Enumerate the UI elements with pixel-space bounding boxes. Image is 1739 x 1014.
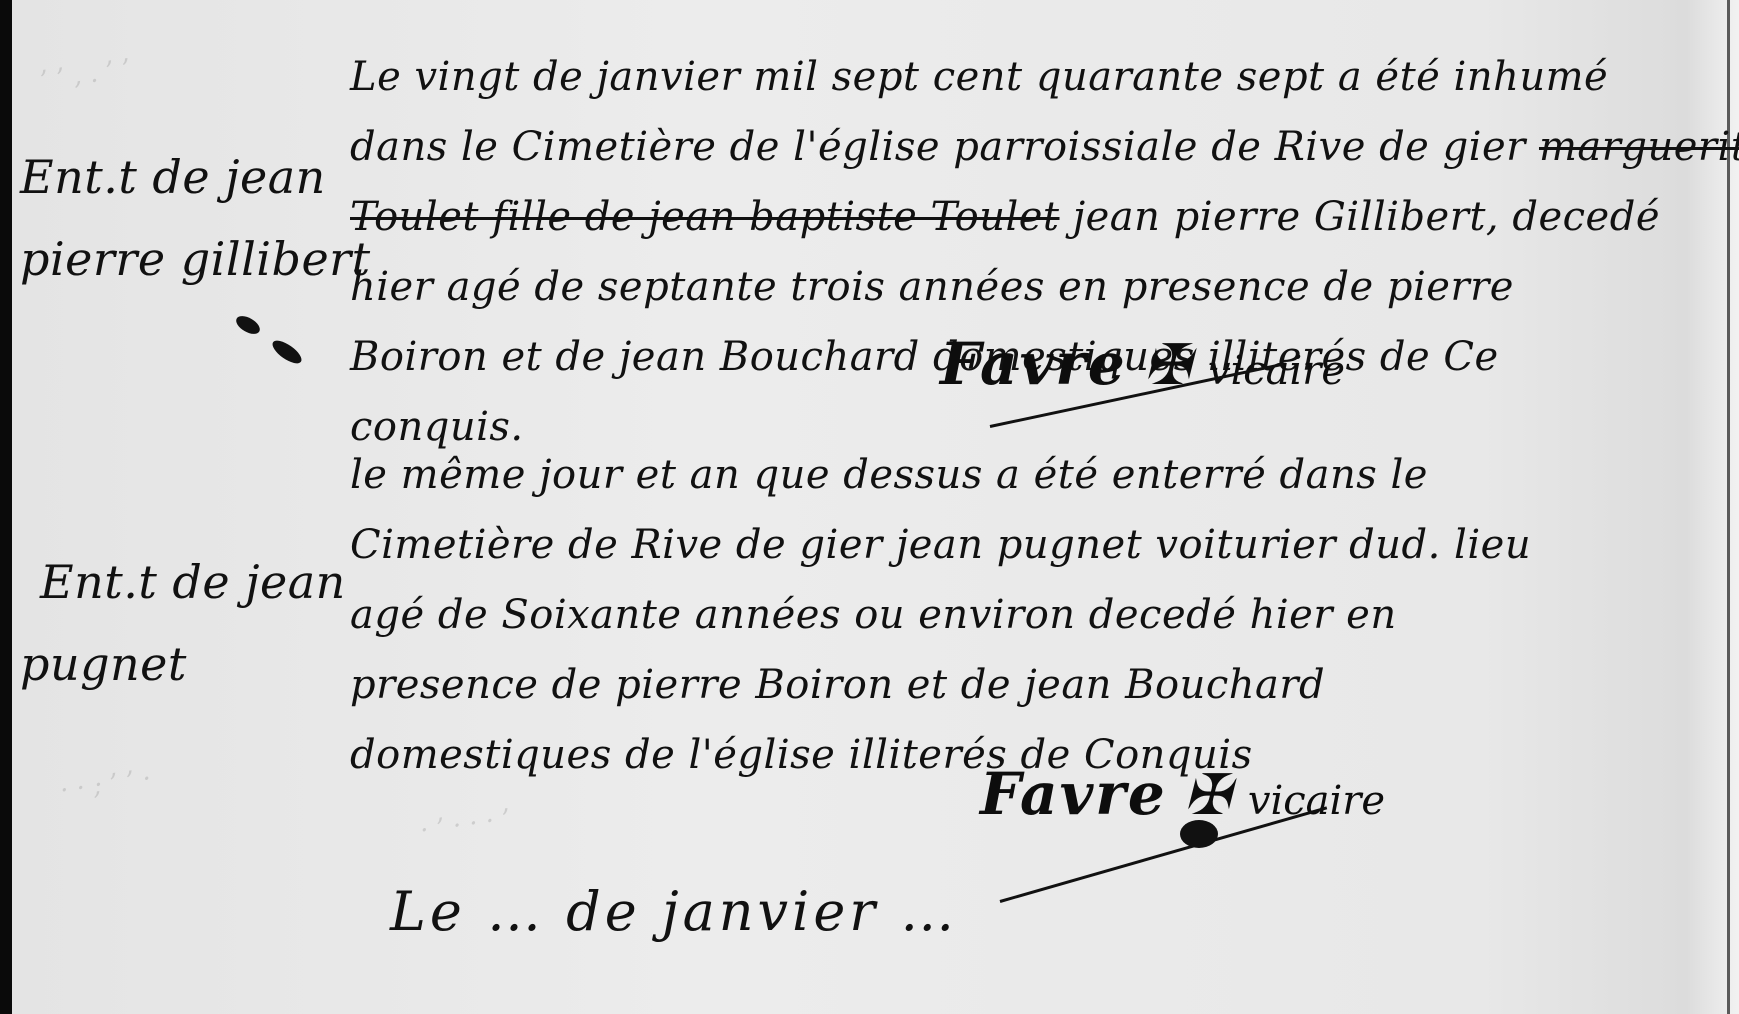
margin-note-entry-1: Ent.t de jean pierre gillibert — [20, 140, 340, 296]
entry-line: Toulet fille de jean baptiste Toulet jea… — [350, 182, 1710, 252]
ink-blot — [1180, 820, 1218, 848]
margin-note-line: Ent.t de jean — [20, 140, 340, 214]
entry-text: presence de pierre Boiron et de jean Bou… — [350, 662, 1325, 708]
signature-name: Favre — [940, 330, 1127, 398]
entry-text: Cimetière de Rive de gier jean pugnet vo… — [350, 522, 1531, 568]
ink-blot — [233, 312, 263, 337]
entry-text: le même jour et an que dessus a été ente… — [350, 452, 1428, 498]
struck-text: marguerite — [1539, 124, 1739, 170]
entry-line: Le vingt de janvier mil sept cent quaran… — [350, 42, 1710, 112]
entry-1-body: Le vingt de janvier mil sept cent quaran… — [350, 42, 1710, 462]
entry-text: dans le Cimetière de l'église parroissia… — [350, 124, 1539, 170]
entry-text: jean pierre Gillibert, decedé — [1060, 194, 1660, 240]
entry-line: dans le Cimetière de l'église parroissia… — [350, 112, 1710, 182]
register-page: ’ ’ , . ’ ’ · · ; ’ ’ · · ’ · · · ’ Ent.… — [0, 0, 1739, 1014]
margin-note-entry-2: Ent.t de jean pugnet — [20, 545, 340, 701]
entry-text: hier agé de septante trois années en pre… — [350, 264, 1514, 310]
signature-title: vicaire — [1248, 778, 1385, 824]
entry-2-body: le même jour et an que dessus a été ente… — [350, 440, 1710, 790]
margin-note-line: Ent.t de jean — [20, 545, 340, 619]
bleed-through-text: ’ ’ , . ’ ’ — [38, 54, 132, 96]
margin-note-line: pugnet — [20, 627, 340, 701]
signature-entry-2: Favre ✠ vicaire — [980, 760, 1385, 828]
signature-title: vicaire — [1208, 348, 1345, 394]
page-binding-edge — [0, 0, 12, 1014]
entry-line: agé de Soixante années ou environ decedé… — [350, 580, 1710, 650]
entry-line: hier agé de septante trois années en pre… — [350, 252, 1710, 322]
bleed-through-text: · · ; ’ ’ · — [58, 764, 153, 806]
bleed-through-text: · ’ · · · ’ — [418, 804, 512, 846]
margin-note-line: pierre gillibert — [20, 222, 340, 296]
next-entry-partial: Le … de janvier … — [390, 880, 1690, 943]
signature-name: Favre — [980, 760, 1167, 828]
entry-text: agé de Soixante années ou environ decedé… — [350, 592, 1397, 638]
signature-paraph-icon: ✠ — [1184, 763, 1231, 828]
ink-blot — [269, 337, 305, 368]
entry-line: le même jour et an que dessus a été ente… — [350, 440, 1710, 510]
entry-line: Cimetière de Rive de gier jean pugnet vo… — [350, 510, 1710, 580]
entry-text: Le vingt de janvier mil sept cent quaran… — [350, 54, 1608, 100]
struck-text: Toulet fille de jean baptiste Toulet — [350, 194, 1060, 240]
entry-line: presence de pierre Boiron et de jean Bou… — [350, 650, 1710, 720]
signature-entry-1: Favre ✠ vicaire — [940, 330, 1345, 398]
